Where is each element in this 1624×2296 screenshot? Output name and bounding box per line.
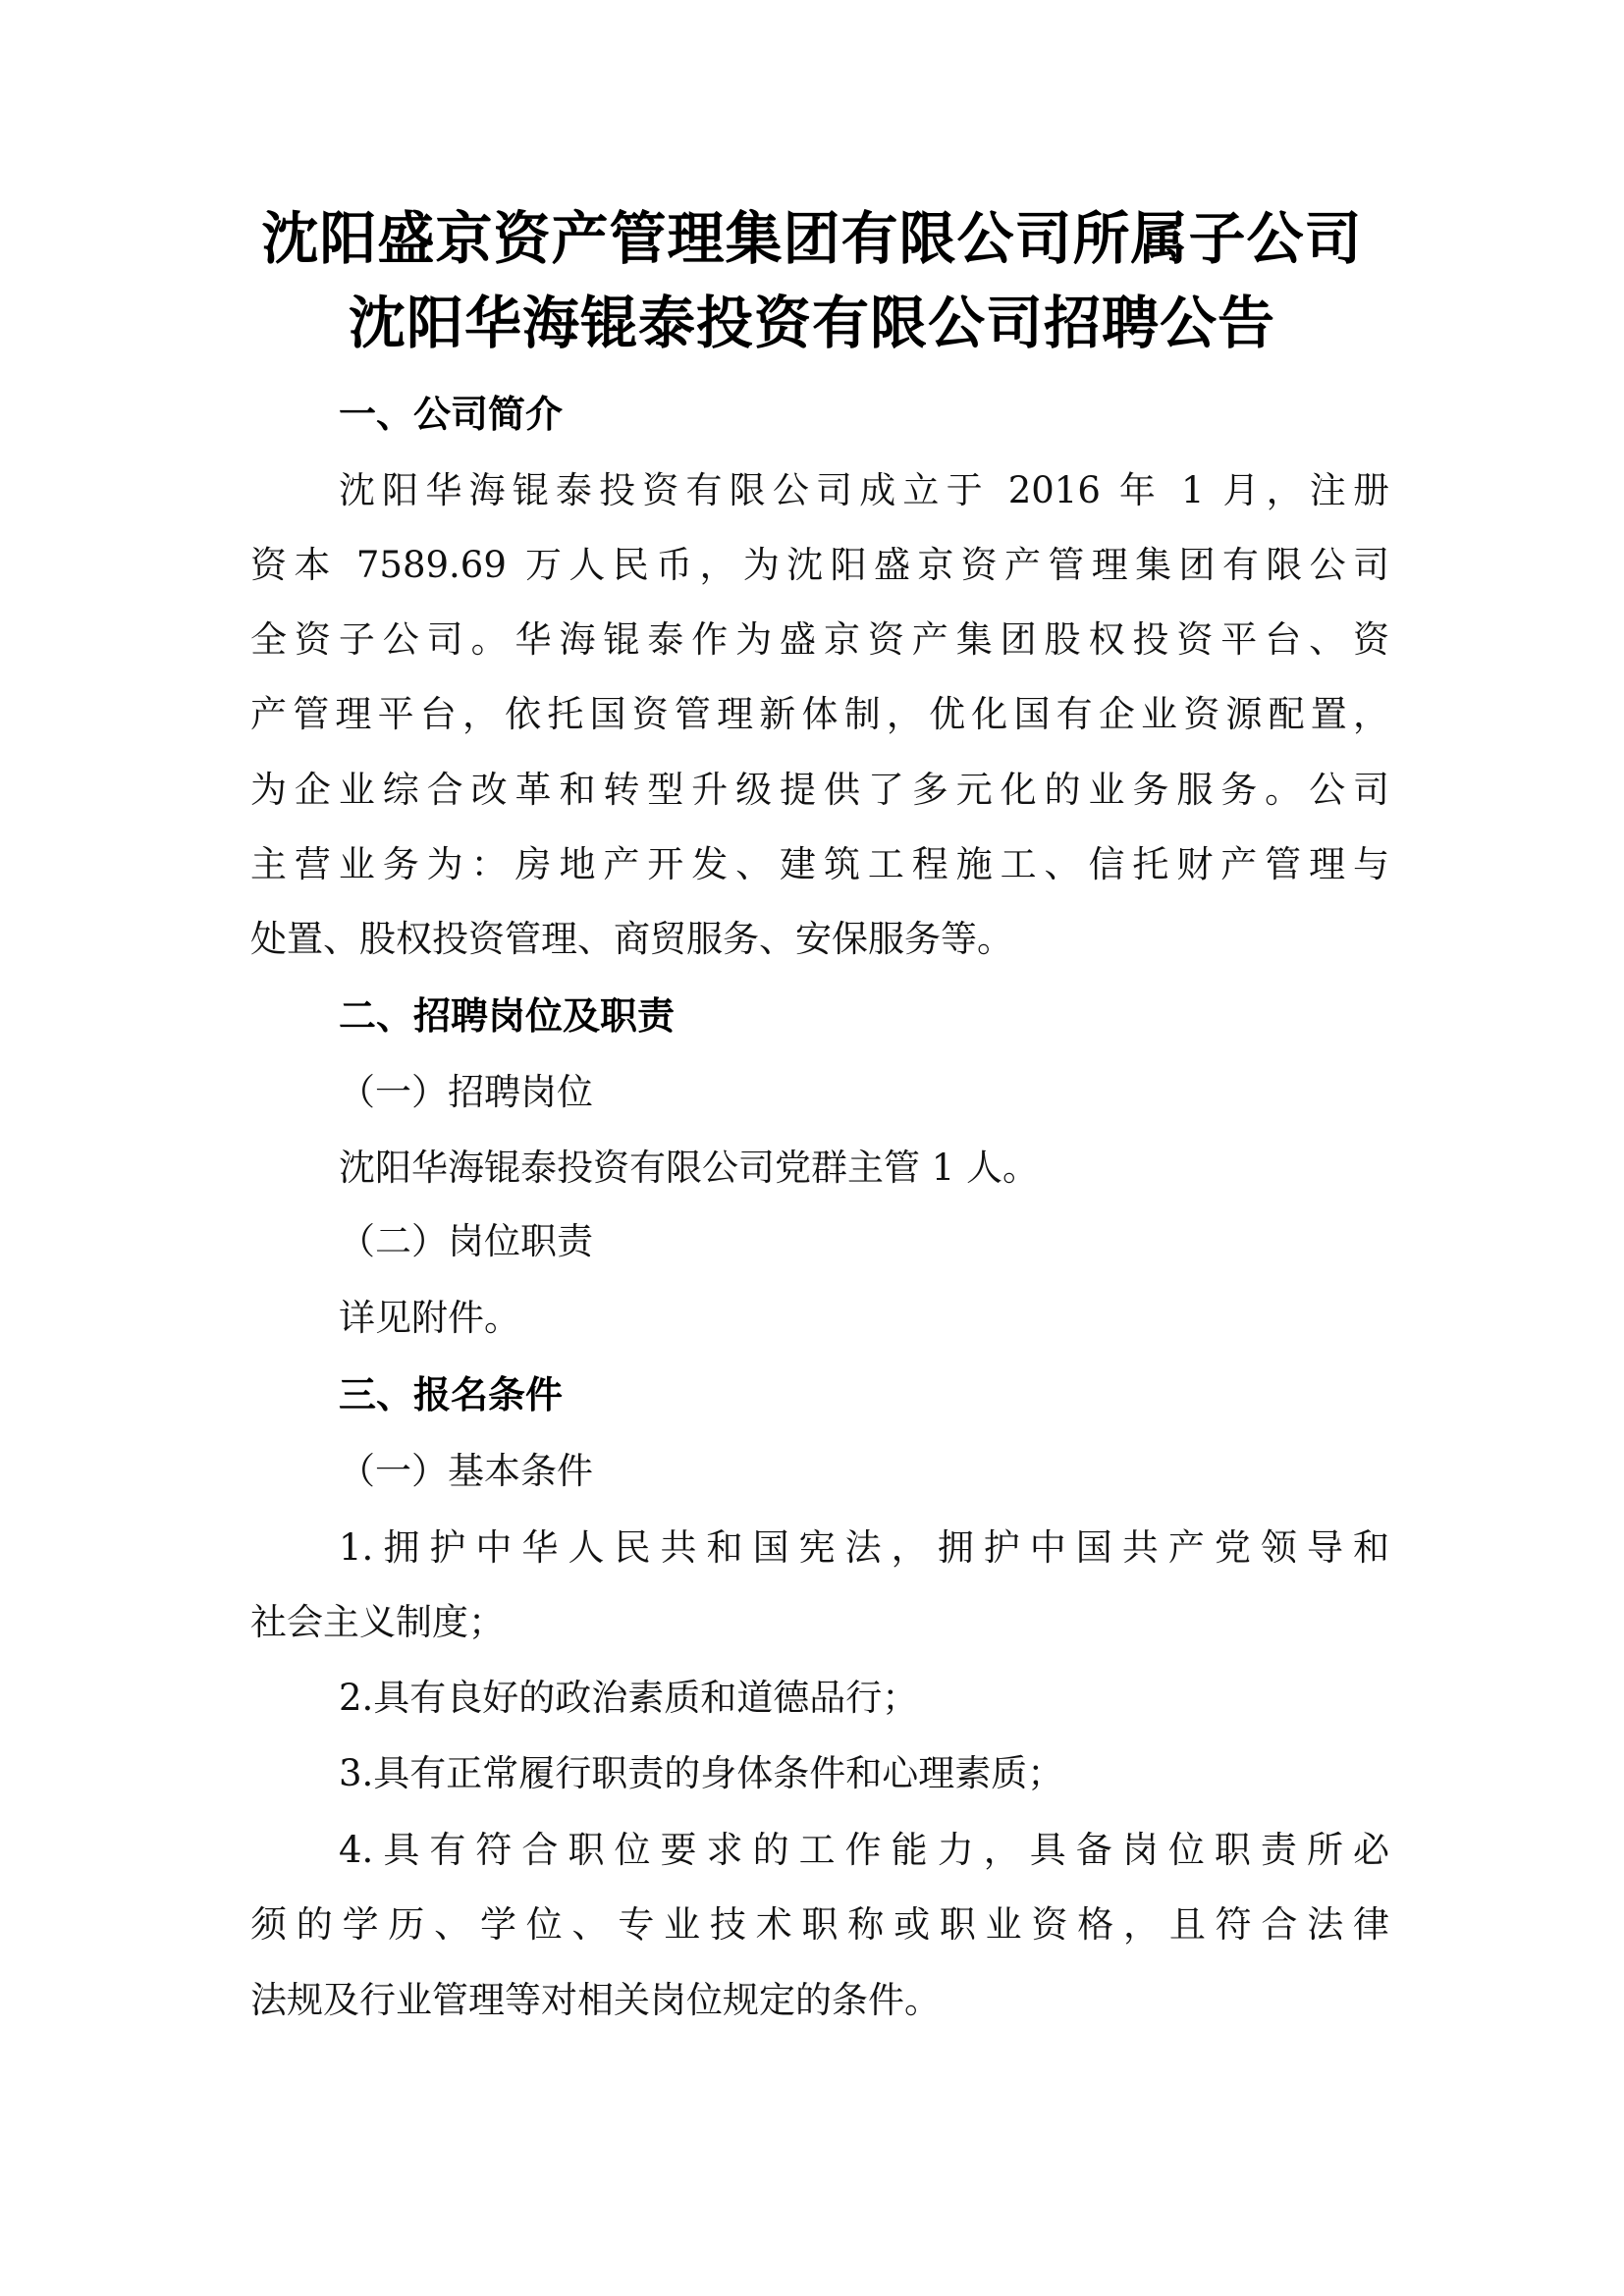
paragraph-line: 资本 7589.69 万人民币，为沈阳盛京资产管理集团有限公司 xyxy=(250,541,1389,590)
document-title-line-2: 沈阳华海锟泰投资有限公司招聘公告 xyxy=(0,289,1624,357)
paragraph-line: 处置、股权投资管理、商贸服务、安保服务等。 xyxy=(250,915,1389,964)
subsection-heading-position: （一）招聘岗位 xyxy=(339,1068,593,1117)
list-item-line: 1.拥护中华人民共和国宪法，拥护中国共产党领导和 xyxy=(339,1523,1389,1573)
document-page: 沈阳盛京资产管理集团有限公司所属子公司 沈阳华海锟泰投资有限公司招聘公告 一、公… xyxy=(0,0,1624,2296)
list-item-line: 须的学历、学位、专业技术职称或职业资格，且符合法律 xyxy=(250,1900,1389,1949)
document-title-line-1: 沈阳盛京资产管理集团有限公司所属子公司 xyxy=(0,204,1624,273)
paragraph-line: 产管理平台，依托国资管理新体制，优化国有企业资源配置， xyxy=(250,690,1389,739)
section-heading-company-intro: 一、公司简介 xyxy=(339,390,563,439)
paragraph-line: 主营业务为：房地产开发、建筑工程施工、信托财产管理与 xyxy=(250,840,1389,889)
paragraph-line: 为企业综合改革和转型升级提供了多元化的业务服务。公司 xyxy=(250,766,1389,815)
list-item-line: 4.具有符合职位要求的工作能力，具备岗位职责所必 xyxy=(339,1826,1389,1875)
paragraph-line: 详见附件。 xyxy=(339,1294,1389,1343)
paragraph-line: 全资子公司。华海锟泰作为盛京资产集团股权投资平台、资 xyxy=(250,615,1389,665)
paragraph-line: 沈阳华海锟泰投资有限公司成立于 2016 年 1 月，注册 xyxy=(339,466,1389,515)
subsection-heading-duties: （二）岗位职责 xyxy=(339,1217,593,1266)
section-heading-positions: 二、招聘岗位及职责 xyxy=(339,991,675,1041)
list-item-line: 2.具有良好的政治素质和道德品行； xyxy=(339,1674,1389,1723)
section-heading-requirements: 三、报名条件 xyxy=(339,1370,563,1419)
list-item-line: 法规及行业管理等对相关岗位规定的条件。 xyxy=(250,1976,1389,2025)
list-item-line: 3.具有正常履行职责的身体条件和心理素质； xyxy=(339,1749,1389,1798)
list-item-line: 社会主义制度； xyxy=(250,1598,1389,1647)
paragraph-line: 沈阳华海锟泰投资有限公司党群主管 1 人。 xyxy=(339,1144,1389,1193)
subsection-heading-basic-requirements: （一）基本条件 xyxy=(339,1447,593,1496)
